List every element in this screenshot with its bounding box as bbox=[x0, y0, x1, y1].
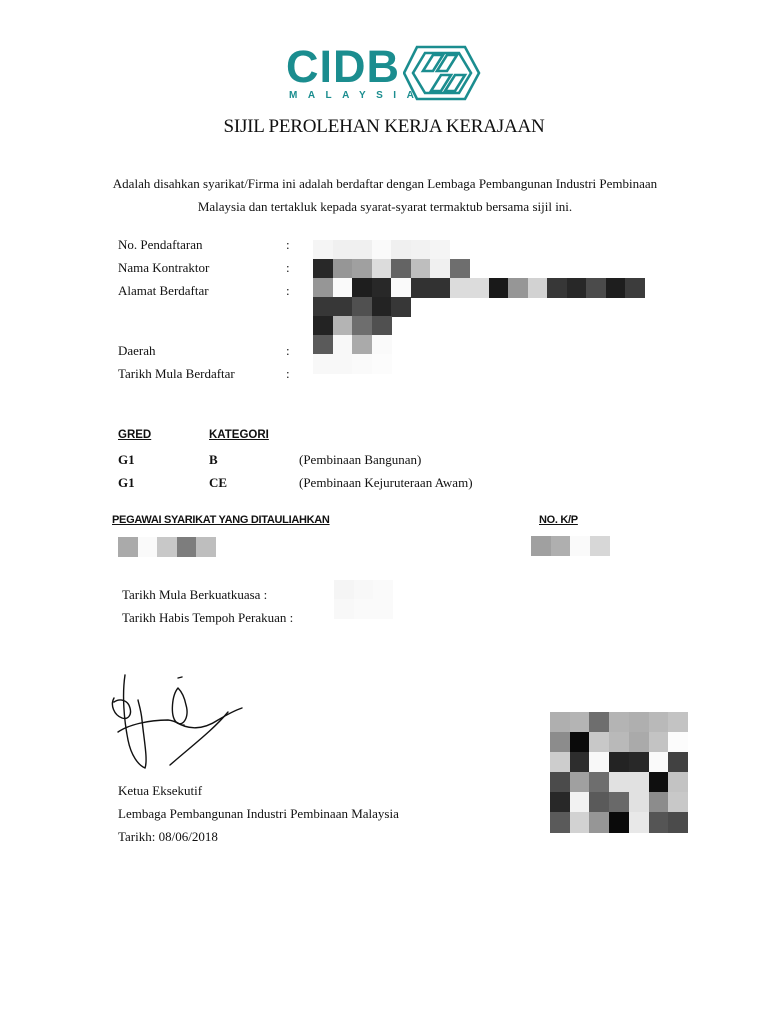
colon: : bbox=[286, 343, 290, 359]
signatory-date: Tarikh: 08/06/2018 bbox=[118, 829, 218, 845]
label-nama-kontraktor: Nama Kontraktor bbox=[118, 260, 209, 276]
grade-row-2-gred: G1 bbox=[118, 475, 135, 491]
label-tarikh-habis-tempoh: Tarikh Habis Tempoh Perakuan : bbox=[122, 610, 293, 626]
certificate-title: SIJIL PEROLEHAN KERJA KERAJAAN bbox=[0, 116, 768, 138]
grade-row-1-kategori: B bbox=[209, 452, 218, 468]
signature-icon bbox=[108, 670, 243, 775]
grade-row-2-kategori: CE bbox=[209, 475, 227, 491]
colon: : bbox=[286, 260, 290, 276]
logo-brand: CIDB bbox=[286, 42, 400, 92]
cidb-logo: CIDB MALAYSIA bbox=[286, 42, 486, 104]
grade-row-1-description: (Pembinaan Bangunan) bbox=[299, 452, 421, 468]
signatory-position: Ketua Eksekutif bbox=[118, 783, 202, 799]
header-kategori: KATEGORI bbox=[209, 429, 269, 441]
label-tarikh-mula-berkuatkuasa: Tarikh Mula Berkuatkuasa : bbox=[122, 587, 267, 603]
header-gred: GRED bbox=[118, 429, 151, 441]
officer-header: PEGAWAI SYARIKAT YANG DITAULIAHKAN bbox=[112, 514, 330, 526]
grade-row-1-gred: G1 bbox=[118, 452, 135, 468]
label-no-pendaftaran: No. Pendaftaran bbox=[118, 237, 202, 253]
grade-row-2-description: (Pembinaan Kejuruteraan Awam) bbox=[299, 475, 473, 491]
colon: : bbox=[286, 283, 290, 299]
label-daerah: Daerah bbox=[118, 343, 156, 359]
signatory-organization: Lembaga Pembangunan Industri Pembinaan M… bbox=[118, 806, 399, 822]
intro-line-1: Adalah disahkan syarikat/Firma ini adala… bbox=[100, 172, 670, 195]
colon: : bbox=[286, 237, 290, 253]
officer-id-header: NO. K/P bbox=[539, 514, 578, 526]
cidb-hexagon-logo-icon bbox=[403, 45, 481, 101]
intro-paragraph: Adalah disahkan syarikat/Firma ini adala… bbox=[100, 172, 670, 218]
intro-line-2: Malaysia dan tertakluk kepada syarat-sya… bbox=[100, 195, 670, 218]
colon: : bbox=[286, 366, 290, 382]
label-tarikh-mula-berdaftar: Tarikh Mula Berdaftar bbox=[118, 366, 235, 382]
label-alamat-berdaftar: Alamat Berdaftar bbox=[118, 283, 209, 299]
